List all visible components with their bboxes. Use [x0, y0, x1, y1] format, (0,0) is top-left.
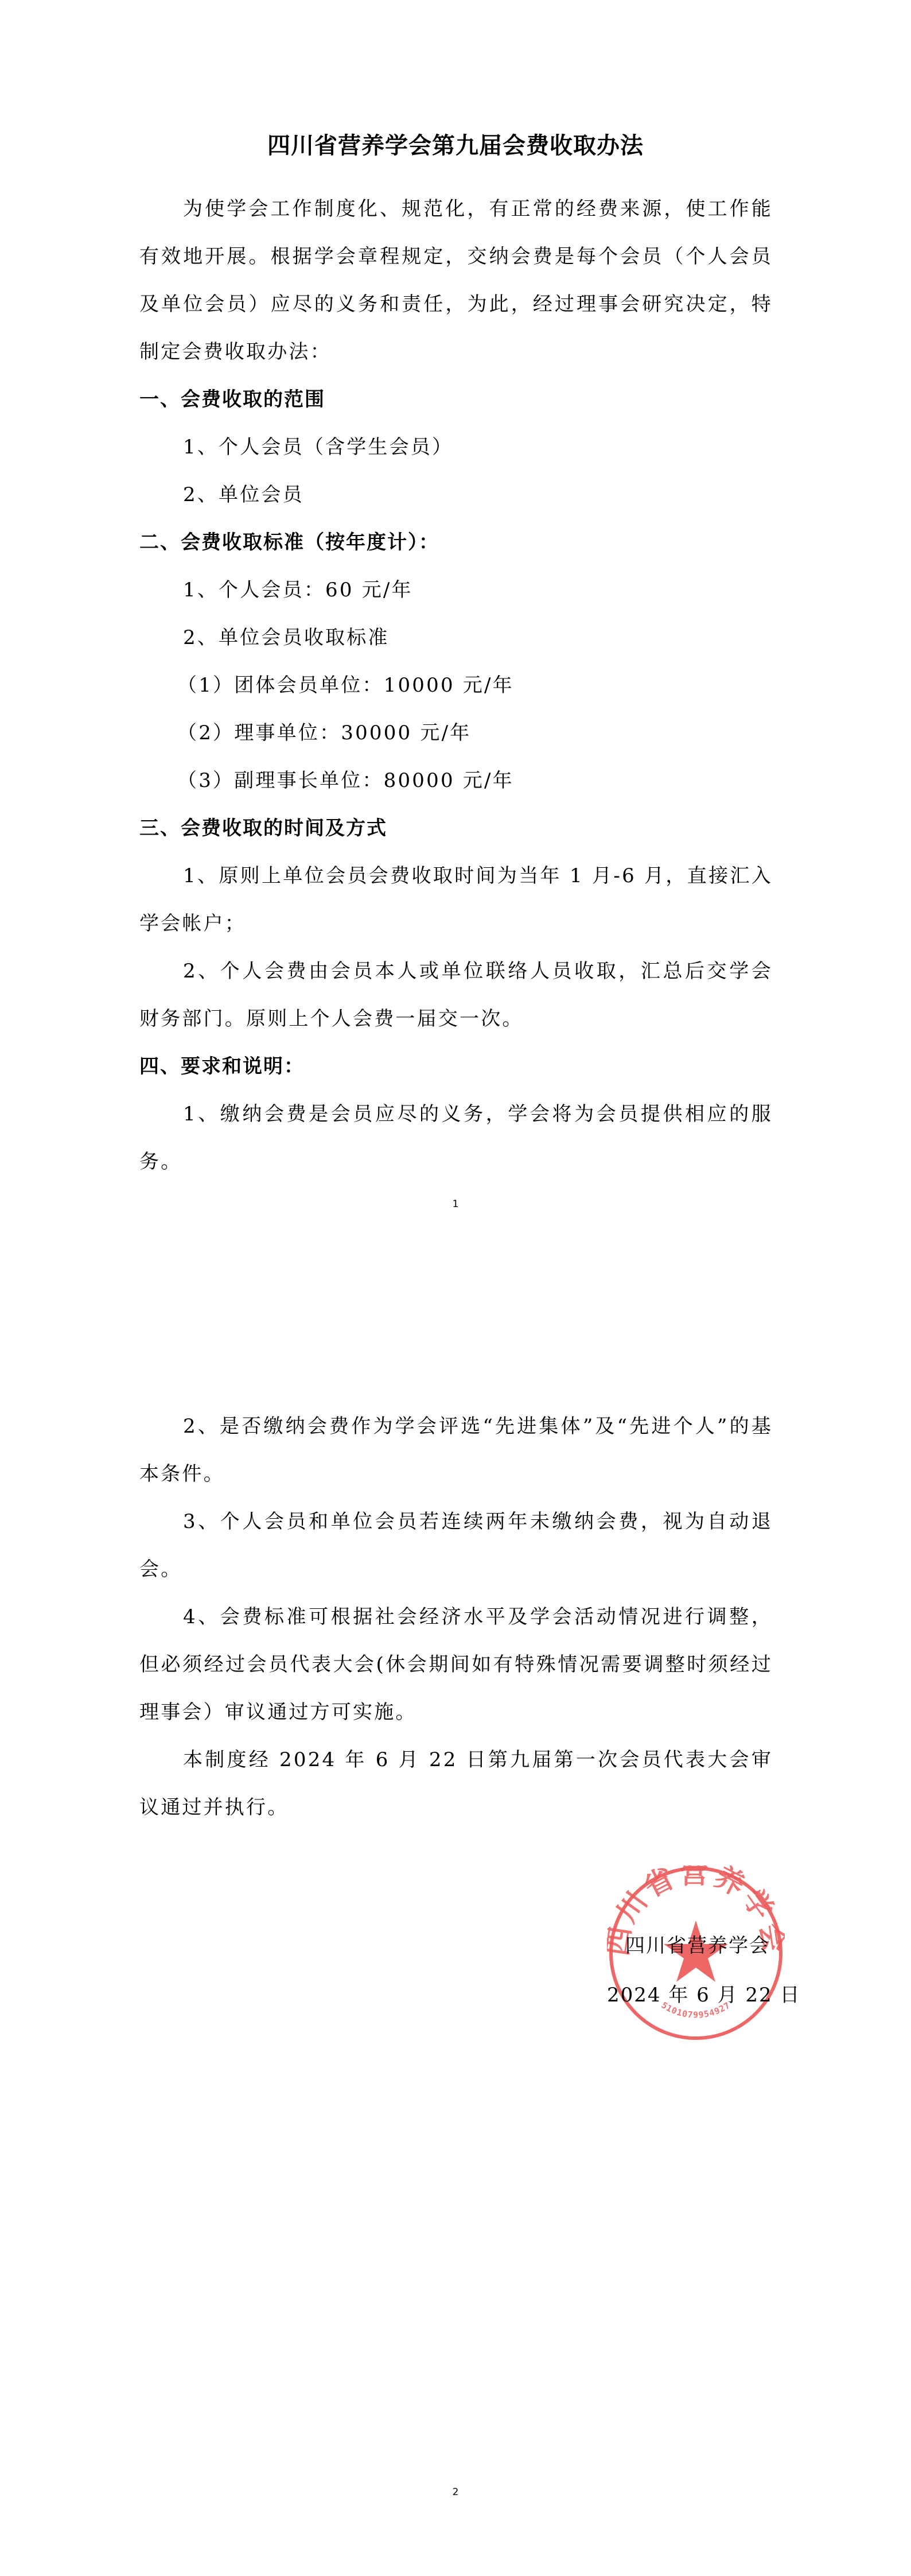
- signature-organization: 四川省营养学会: [625, 1934, 770, 1957]
- standard-item-individual: 1、个人会员：60 元/年: [139, 567, 773, 614]
- requirement-paragraph-1: 1、缴纳会费是会员应尽的义务，学会将为会员提供相应的服务。: [139, 1091, 773, 1186]
- page-1-body: 为使学会工作制度化、规范化，有正常的经费来源，使工作能有效地开展。根据学会章程规…: [139, 185, 773, 1186]
- document-title: 四川省营养学会第九届会费收取办法: [0, 130, 911, 162]
- section-heading-requirements: 四、要求和说明：: [139, 1043, 773, 1091]
- section-heading-timing: 三、会费收取的时间及方式: [139, 805, 773, 852]
- page-2-body: 2、是否缴纳会费作为学会评选“先进集体”及“先进个人”的基本条件。 3、个人会员…: [139, 1403, 773, 1832]
- document-page-1: 四川省营养学会第九届会费收取办法 为使学会工作制度化、规范化，有正常的经费来源，…: [0, 0, 911, 1288]
- scope-item-individual: 1、个人会员（含学生会员）: [139, 424, 773, 471]
- page-number-1: 1: [0, 1198, 911, 1210]
- requirement-paragraph-2: 2、是否缴纳会费作为学会评选“先进集体”及“先进个人”的基本条件。: [139, 1403, 773, 1498]
- requirement-paragraph-3: 3、个人会员和单位会员若连续两年未缴纳会费，视为自动退会。: [139, 1498, 773, 1593]
- standard-subitem-group: （1）团体会员单位：10000 元/年: [139, 662, 773, 709]
- timing-paragraph-2: 2、个人会费由会员本人或单位联络人员收取，汇总后交学会财务部门。原则上个人会费一…: [139, 948, 773, 1043]
- standard-item-unit: 2、单位会员收取标准: [139, 614, 773, 662]
- scope-item-unit: 2、单位会员: [139, 471, 773, 519]
- section-heading-standard: 二、会费收取标准（按年度计）：: [139, 519, 773, 567]
- closing-paragraph: 本制度经 2024 年 6 月 22 日第九届第一次会员代表大会审议通过并执行。: [139, 1736, 773, 1832]
- standard-subitem-vice-chair: （3）副理事长单位：80000 元/年: [139, 757, 773, 805]
- standard-subitem-council: （2）理事单位：30000 元/年: [139, 709, 773, 757]
- requirement-paragraph-4: 4、会费标准可根据社会经济水平及学会活动情况进行调整，但必须经过会员代表大会(休…: [139, 1593, 773, 1736]
- intro-paragraph: 为使学会工作制度化、规范化，有正常的经费来源，使工作能有效地开展。根据学会章程规…: [139, 185, 773, 376]
- signature-date: 2024 年 6 月 22 日: [607, 1984, 800, 2007]
- section-heading-scope: 一、会费收取的范围: [139, 376, 773, 424]
- page-number-2: 2: [0, 2486, 911, 2498]
- timing-paragraph-1: 1、原则上单位会员会费收取时间为当年 1 月-6 月，直接汇入学会帐户；: [139, 852, 773, 948]
